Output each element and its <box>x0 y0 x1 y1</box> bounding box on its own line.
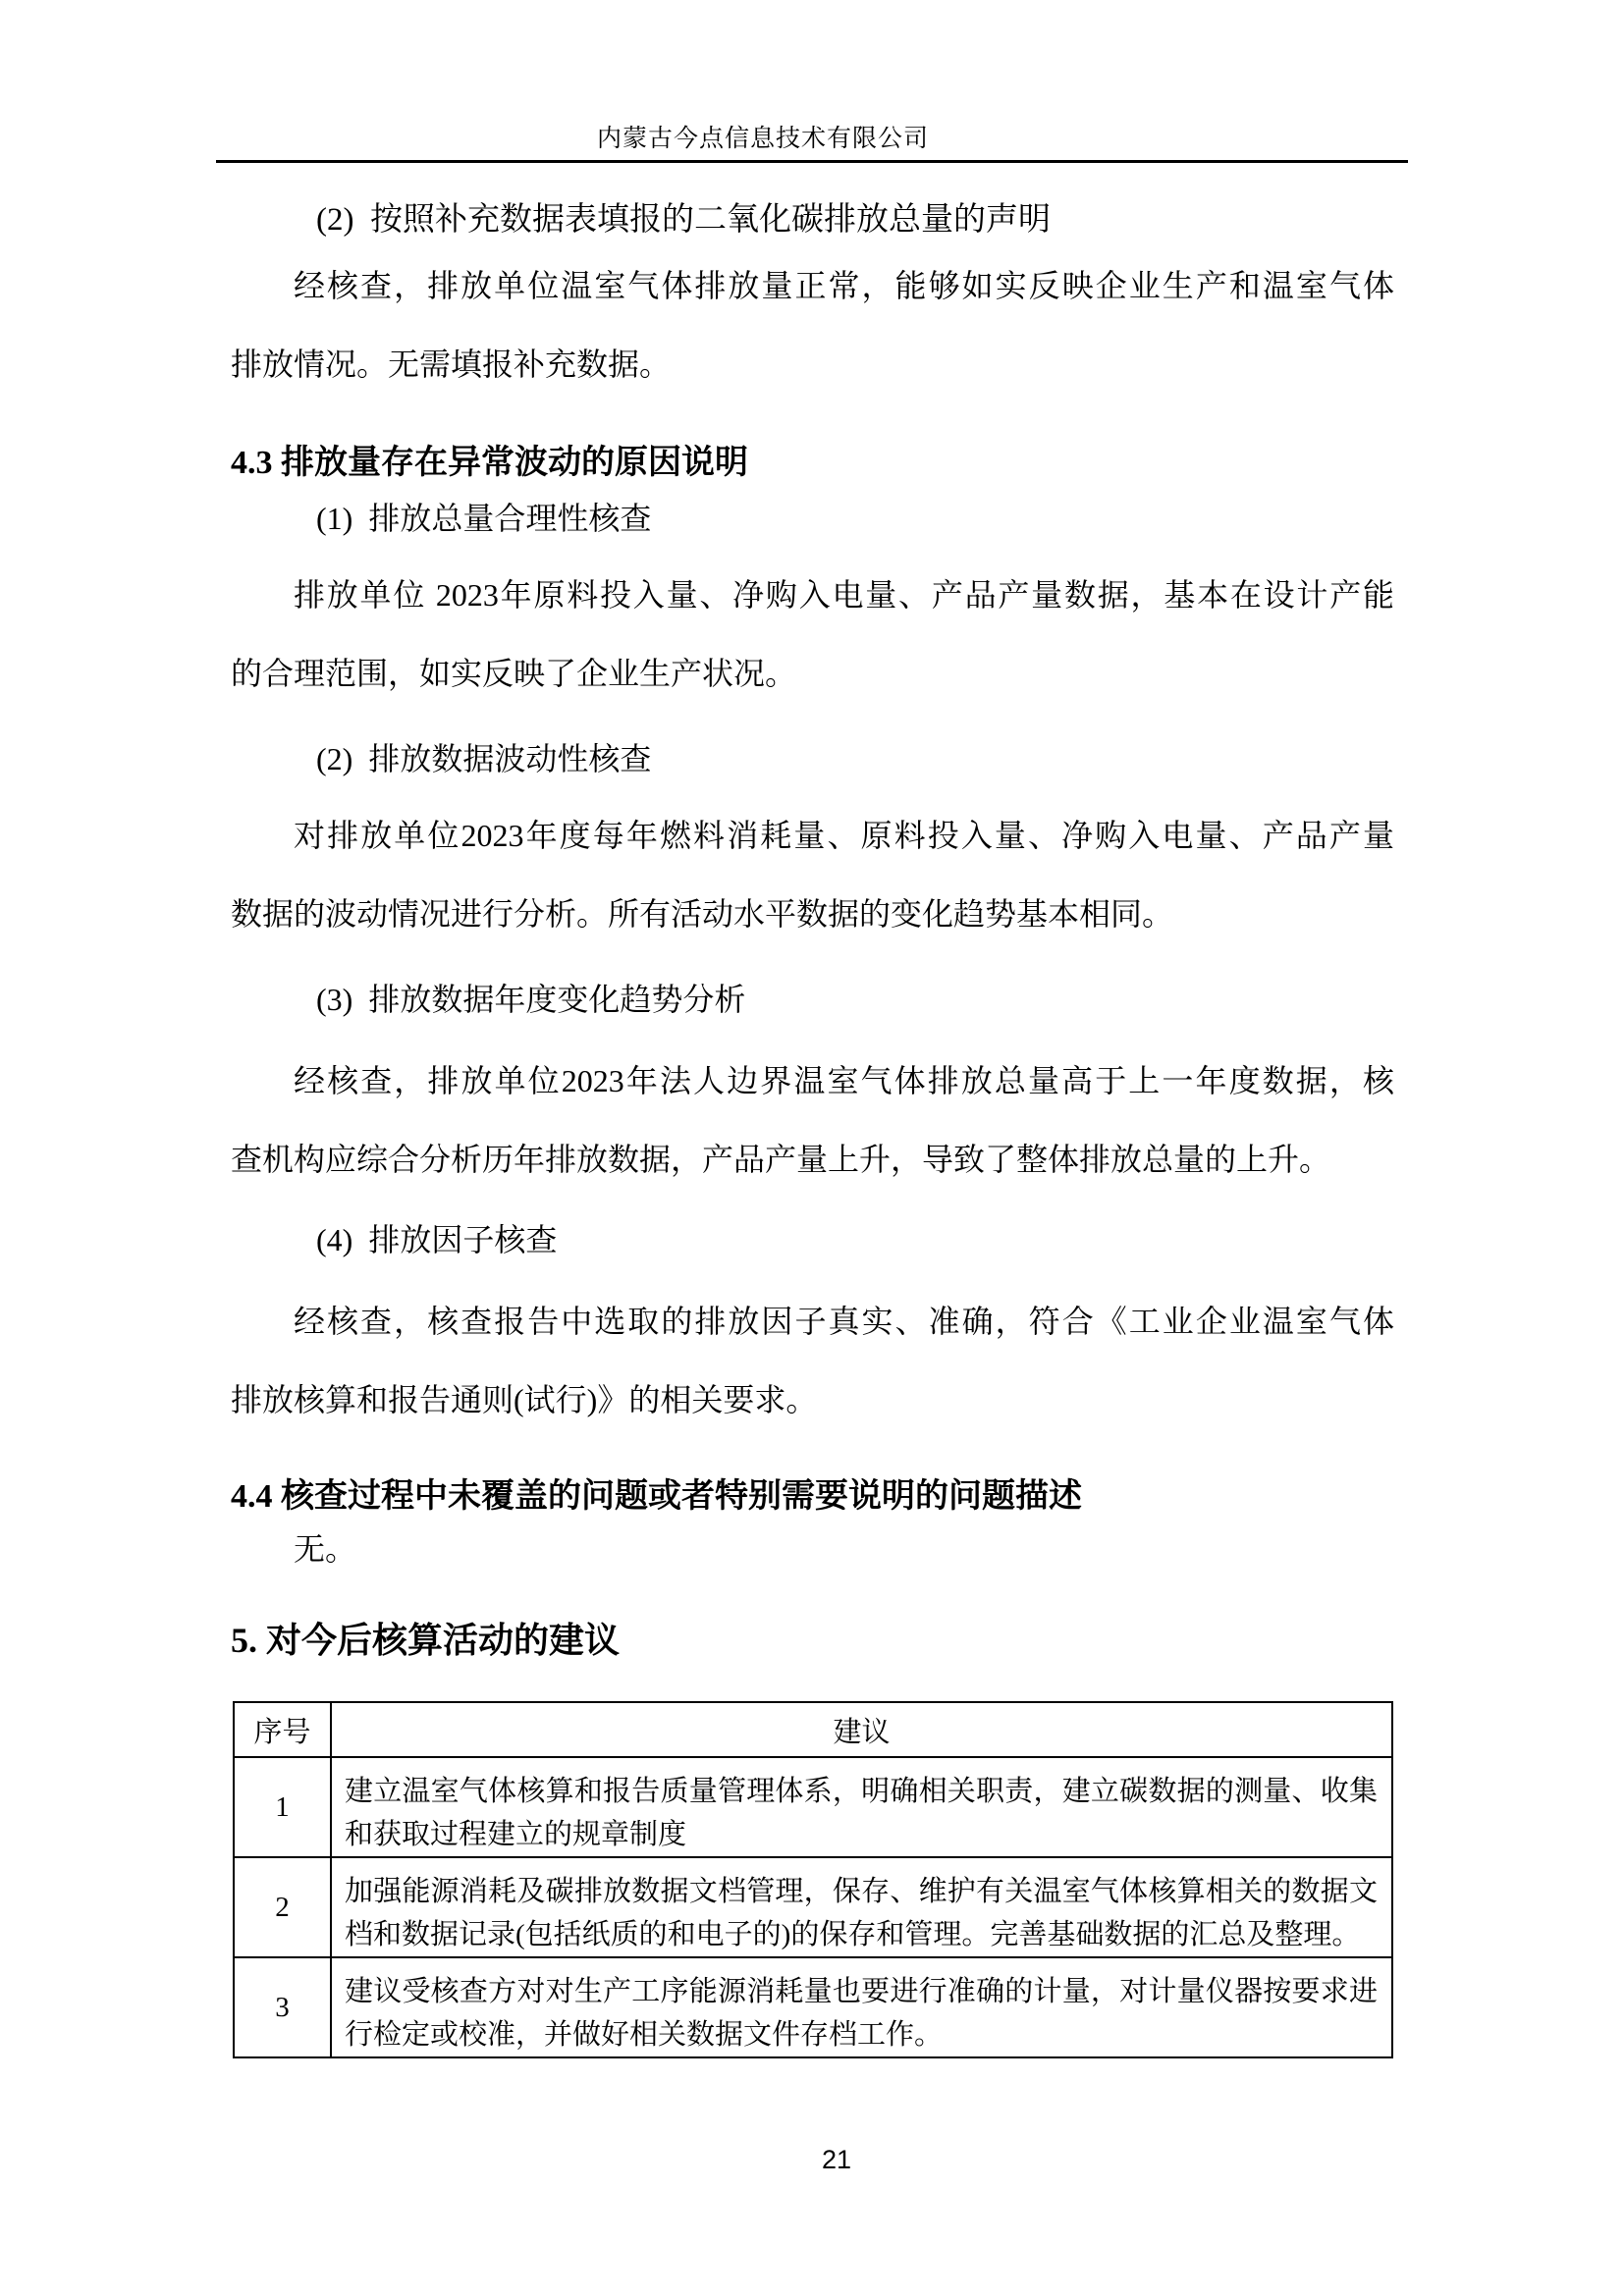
section-4-3-para-3-line2: 查机构应综合分析历年排放数据，产品产量上升，导致了整体排放总量的上升。 <box>231 1140 1394 1179</box>
header-divider-rule <box>216 160 1408 163</box>
section-4-3-item-3: (3) 排放数据年度变化趋势分析 <box>231 980 1394 1019</box>
section-4-3-para-1-line2: 的合理范围，如实反映了企业生产状况。 <box>231 654 1394 693</box>
table-cell-suggestion: 建立温室气体核算和报告质量管理体系，明确相关职责，建立碳数据的测量、收集 和获取… <box>331 1757 1392 1857</box>
table-cell-serial: 2 <box>234 1857 331 1957</box>
page-number: 21 <box>25 2144 1624 2177</box>
sub-item-2-heading: (2) 按照补充数据表填报的二氧化碳排放总量的声明 <box>231 200 1394 240</box>
suggestions-table: 序号 建议 1 建立温室气体核算和报告质量管理体系，明确相关职责，建立碳数据的测… <box>233 1701 1393 2058</box>
section-5-heading: 5. 对今后核算活动的建议 <box>231 1619 1394 1663</box>
section-4-3-para-4-line1: 经核查，核查报告中选取的排放因子真实、准确，符合《工业企业温室气体 <box>231 1302 1394 1341</box>
section-4-3-heading: 4.3 排放量存在异常波动的原因说明 <box>231 443 1394 485</box>
table-cell-suggestion: 加强能源消耗及碳排放数据文档管理，保存、维护有关温室气体核算相关的数据文 档和数… <box>331 1857 1392 1957</box>
table-row: 3 建议受核查方对对生产工序能源消耗量也要进行准确的计量，对计量仪器按要求进 行… <box>234 1957 1392 2057</box>
paragraph-declaration-line2: 排放情况。无需填报补充数据。 <box>231 345 1394 384</box>
suggestion-line: 和获取过程建立的规章制度 <box>345 1813 1378 1856</box>
page-header-company-title: 内蒙古今点信息技术有限公司 <box>0 124 1575 154</box>
table-cell-serial: 3 <box>234 1957 331 2057</box>
section-4-3-para-2-line1: 对排放单位2023年度每年燃料消耗量、原料投入量、净购入电量、产品产量 <box>231 816 1394 855</box>
section-4-4-heading: 4.4 核查过程中未覆盖的问题或者特别需要说明的问题描述 <box>231 1476 1394 1519</box>
table-header-serial: 序号 <box>234 1702 331 1757</box>
section-4-4-body: 无。 <box>231 1529 1394 1569</box>
suggestion-line: 行检定或校准，并做好相关数据文件存档工作。 <box>345 2013 1378 2056</box>
suggestion-line: 建议受核查方对对生产工序能源消耗量也要进行准确的计量，对计量仪器按要求进 <box>345 1970 1378 2013</box>
document-page: 内蒙古今点信息技术有限公司 (2) 按照补充数据表填报的二氧化碳排放总量的声明 … <box>0 0 1624 2296</box>
table-cell-suggestion: 建议受核查方对对生产工序能源消耗量也要进行准确的计量，对计量仪器按要求进 行检定… <box>331 1957 1392 2057</box>
section-4-3-para-3-line1: 经核查，排放单位2023年法人边界温室气体排放总量高于上一年度数据，核 <box>231 1061 1394 1100</box>
table-header-suggestion: 建议 <box>331 1702 1392 1757</box>
section-4-3-item-2: (2) 排放数据波动性核查 <box>231 739 1394 778</box>
suggestion-line: 加强能源消耗及碳排放数据文档管理，保存、维护有关温室气体核算相关的数据文 <box>345 1870 1378 1913</box>
suggestion-line: 建立温室气体核算和报告质量管理体系，明确相关职责，建立碳数据的测量、收集 <box>345 1770 1378 1813</box>
section-4-3-para-4-line2: 排放核算和报告通则(试行)》的相关要求。 <box>231 1380 1394 1419</box>
section-4-3-item-1: (1) 排放总量合理性核查 <box>231 499 1394 538</box>
table-header-row: 序号 建议 <box>234 1702 1392 1757</box>
table-row: 1 建立温室气体核算和报告质量管理体系，明确相关职责，建立碳数据的测量、收集 和… <box>234 1757 1392 1857</box>
suggestion-line: 档和数据记录(包括纸质的和电子的)的保存和管理。完善基础数据的汇总及整理。 <box>345 1913 1378 1956</box>
section-4-3-para-1-line1: 排放单位 2023年原料投入量、净购入电量、产品产量数据，基本在设计产能 <box>231 575 1394 614</box>
section-4-3-item-4: (4) 排放因子核查 <box>231 1220 1394 1259</box>
paragraph-declaration-line1: 经核查，排放单位温室气体排放量正常，能够如实反映企业生产和温室气体 <box>231 266 1394 305</box>
table-cell-serial: 1 <box>234 1757 331 1857</box>
section-4-3-para-2-line2: 数据的波动情况进行分析。所有活动水平数据的变化趋势基本相同。 <box>231 894 1394 934</box>
table-row: 2 加强能源消耗及碳排放数据文档管理，保存、维护有关温室气体核算相关的数据文 档… <box>234 1857 1392 1957</box>
